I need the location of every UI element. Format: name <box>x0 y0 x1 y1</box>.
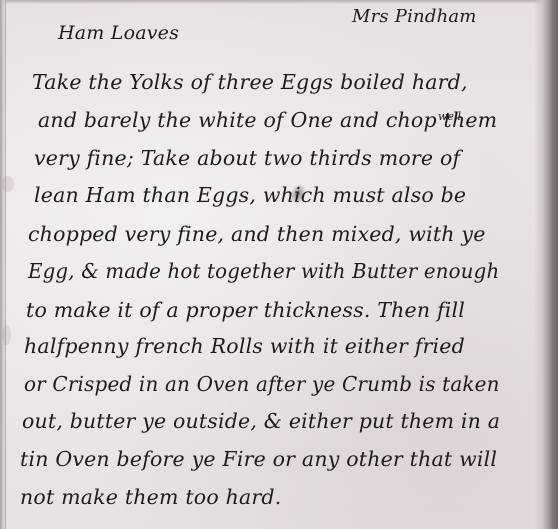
text-line-4: lean Ham than Eggs, which must also be <box>34 183 466 207</box>
text-line-5: chopped very fine, and then mixed, with … <box>28 222 486 246</box>
text-line-6: Egg, & made hot together with Butter eno… <box>28 259 499 283</box>
text-line-8: halfpenny french Rolls with it either fr… <box>24 334 465 358</box>
text-line-10: out, butter ye outside, & either put the… <box>22 409 500 433</box>
page-gutter-line <box>5 0 6 529</box>
interlinear-insert: well <box>438 110 461 123</box>
manuscript-page: Ham Loaves Mrs Pindham Take the Yolks of… <box>0 0 558 529</box>
text-line-7: to make it of a proper thickness. Then f… <box>26 298 465 322</box>
text-line-1: Take the Yolks of three Eggs boiled hard… <box>32 70 468 94</box>
paper-stain <box>2 325 11 345</box>
text-line-12: not make them too hard. <box>20 485 281 509</box>
page-binding-edge <box>534 0 558 529</box>
recipe-author: Mrs Pindham <box>352 6 477 27</box>
text-line-2: and barely the white of One and chop the… <box>38 108 497 132</box>
paper-stain <box>2 176 14 192</box>
text-line-3: very fine; Take about two thirds more of <box>34 146 460 170</box>
recipe-title: Ham Loaves <box>58 22 179 44</box>
text-line-11: tin Oven before ye Fire or any other tha… <box>20 447 497 471</box>
text-line-9: or Crisped in an Oven after ye Crumb is … <box>24 372 500 396</box>
page-top-edge <box>0 0 558 4</box>
